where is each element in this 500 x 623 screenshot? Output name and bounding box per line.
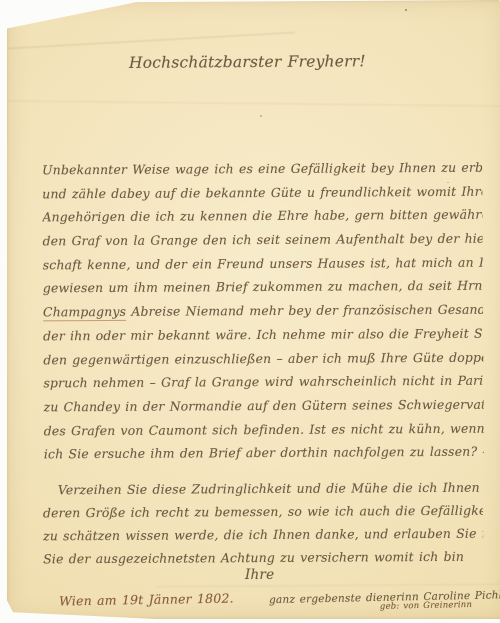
letter-line: schaft kenne, und der ein Freund unsers … xyxy=(43,250,483,276)
ink-speck xyxy=(260,115,262,117)
letter-line: des Grafen von Caumont sich befinden. Is… xyxy=(44,416,484,442)
letter-line: gewiesen um ihm meinen Brief zukommen zu… xyxy=(43,274,483,300)
letter-line: deren Größe ich recht zu bemessen, so wi… xyxy=(43,499,483,525)
salutation: Hochschätzbarster Freyherr! xyxy=(129,52,366,72)
letter-line: Verzeihen Sie diese Zudringlichkeit und … xyxy=(43,476,483,502)
signature-block: ganz ergebenste dienerinn Caroline Pichl… xyxy=(234,589,500,615)
dateline: Wien am 19t Jänner 1802. xyxy=(59,590,234,608)
letter-line: zu schätzen wissen werde, die ich Ihnen … xyxy=(43,522,483,548)
letter-line: Angehörigen die ich zu kennen die Ehre h… xyxy=(42,203,482,229)
closing-word: Ihre xyxy=(245,567,274,583)
letter-line: zu Chandey in der Normandie auf den Güte… xyxy=(44,393,484,419)
paragraph-2: Verzeihen Sie diese Zudringlichkeit und … xyxy=(43,476,484,571)
paragraph-1: Unbekannter Weise wage ich es eine Gefäl… xyxy=(42,156,484,467)
paper-crease xyxy=(7,32,295,49)
letter-line: Unbekannter Weise wage ich es eine Gefäl… xyxy=(42,156,482,182)
letter-line: spruch nehmen – Graf la Grange wird wahr… xyxy=(43,369,483,395)
underlined-word: Champagnys xyxy=(43,304,126,322)
letter-paper: Hochschätzbarster Freyherr! Unbekannter … xyxy=(7,0,500,619)
paper-crease xyxy=(156,584,500,587)
letter-line: Champagnys Abreise Niemand mehr bey der … xyxy=(43,298,483,324)
scanned-letter-page: Hochschätzbarster Freyherr! Unbekannter … xyxy=(0,0,500,623)
ink-speck xyxy=(405,9,407,11)
letter-line: ich Sie ersuche ihm den Brief aber dorth… xyxy=(44,440,484,466)
paper-crease xyxy=(7,100,500,106)
letter-line: der ihn oder mir bekannt wäre. Ich nehme… xyxy=(43,321,483,347)
letter-line: den Graf von la Grange den ich seit sein… xyxy=(42,227,482,253)
letter-line: und zähle dabey auf die bekannte Güte u … xyxy=(42,179,482,205)
letter-line: den gegenwärtigen einzuschließen – aber … xyxy=(43,345,483,371)
